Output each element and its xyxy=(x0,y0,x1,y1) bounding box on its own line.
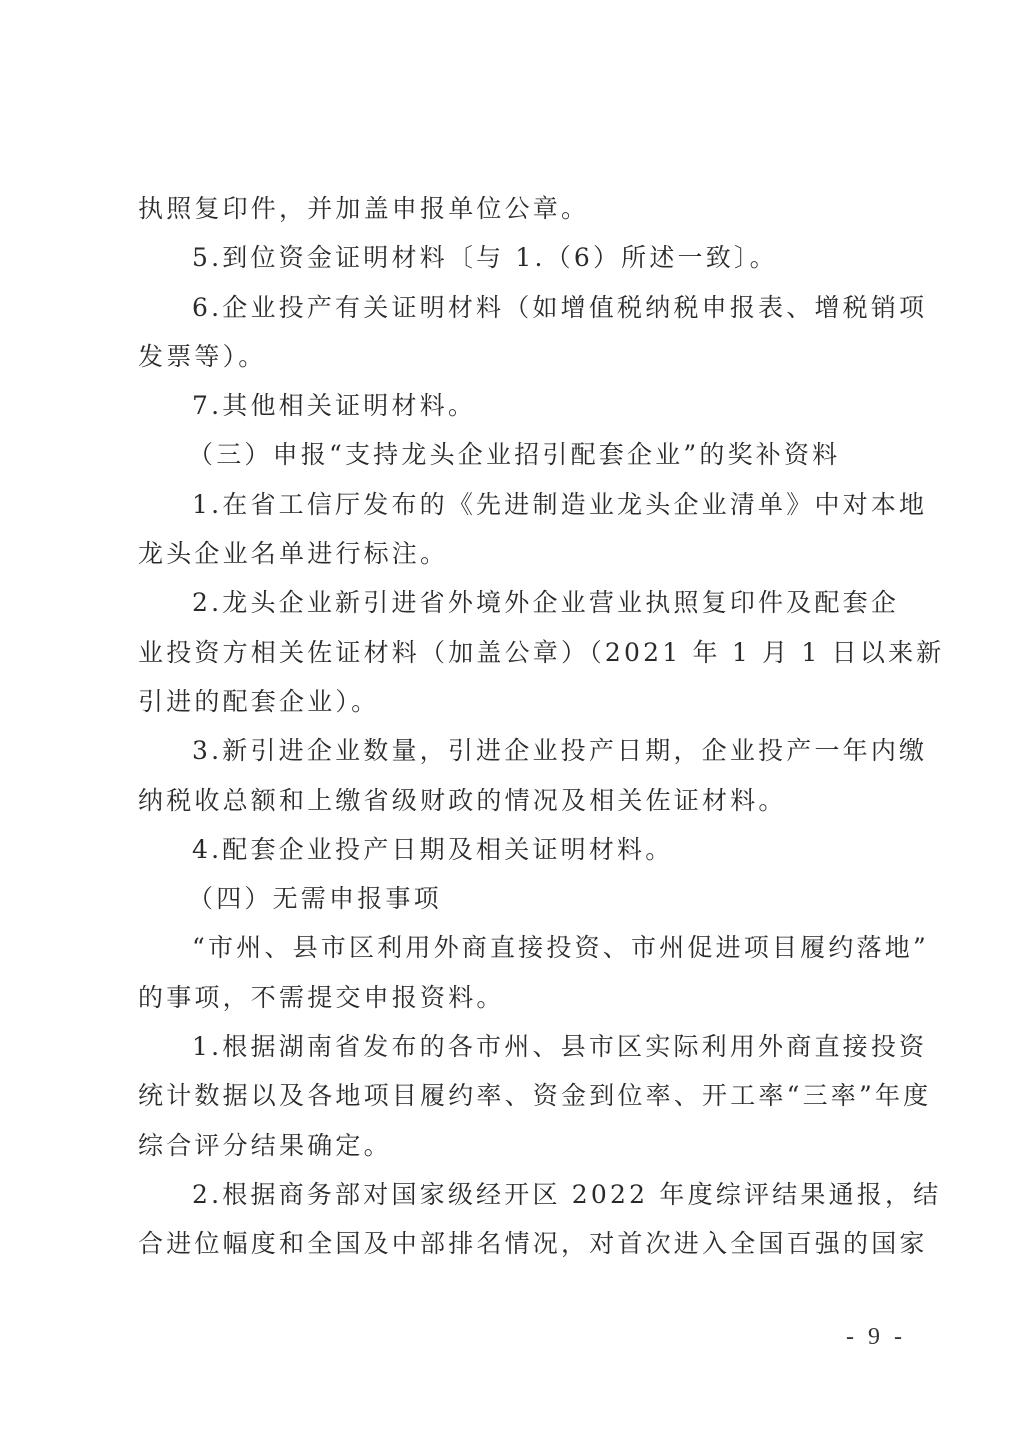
text-line-continuation: 合进位幅度和全国及中部排名情况，对首次进入全国百强的国家 xyxy=(138,1219,898,1268)
list-item-3-new-enterprises: 3.新引进企业数量，引进企业投产日期，企业投产一年内缴 xyxy=(138,726,898,775)
list-item-2-business-license: 2.龙头企业新引进省外境外企业营业执照复印件及配套企 xyxy=(138,578,898,627)
text-line-continuation: 的事项，不需提交申报资料。 xyxy=(138,973,898,1022)
list-item-4-production-date: 4.配套企业投产日期及相关证明材料。 xyxy=(138,825,898,874)
list-item-5-funds-proof: 5.到位资金证明材料〔与 1.（6）所述一致〕。 xyxy=(138,233,898,282)
body-text: 执照复印件，并加盖申报单位公章。 5.到位资金证明材料〔与 1.（6）所述一致〕… xyxy=(138,184,898,1269)
document-page: 执照复印件，并加盖申报单位公章。 5.到位资金证明材料〔与 1.（6）所述一致〕… xyxy=(0,0,1024,1447)
list-item-7-other-proof: 7.其他相关证明材料。 xyxy=(138,381,898,430)
text-line-continuation: 发票等）。 xyxy=(138,332,898,381)
text-line-continuation: 执照复印件，并加盖申报单位公章。 xyxy=(138,184,898,233)
text-line-continuation: 综合评分结果确定。 xyxy=(138,1121,898,1170)
list-item-1-fdi-statistics: 1.根据湖南省发布的各市州、县市区实际利用外商直接投资 xyxy=(138,1022,898,1071)
text-line-continuation: 纳税收总额和上缴省级财政的情况及相关佐证材料。 xyxy=(138,776,898,825)
section-heading-4: （四）无需申报事项 xyxy=(138,874,898,923)
text-line-continuation: 统计数据以及各地项目履约率、资金到位率、开工率“三率”年度 xyxy=(138,1071,898,1120)
section-heading-3: （三）申报“支持龙头企业招引配套企业”的奖补资料 xyxy=(138,430,898,479)
paragraph-no-application: “市州、县市区利用外商直接投资、市州促进项目履约落地” xyxy=(138,923,898,972)
text-line-continuation: 业投资方相关佐证材料（加盖公章）（2021 年 1 月 1 日以来新 xyxy=(138,628,898,677)
list-item-2-national-zone-evaluation: 2.根据商务部对国家级经开区 2022 年度综评结果通报，结 xyxy=(138,1170,898,1219)
text-line-continuation: 龙头企业名单进行标注。 xyxy=(138,529,898,578)
list-item-6-production-proof: 6.企业投产有关证明材料（如增值税纳税申报表、增税销项 xyxy=(138,283,898,332)
text-line-continuation: 引进的配套企业）。 xyxy=(138,677,898,726)
page-number: - 9 - xyxy=(846,1324,906,1351)
list-item-1-leading-enterprise-list: 1.在省工信厅发布的《先进制造业龙头企业清单》中对本地 xyxy=(138,480,898,529)
